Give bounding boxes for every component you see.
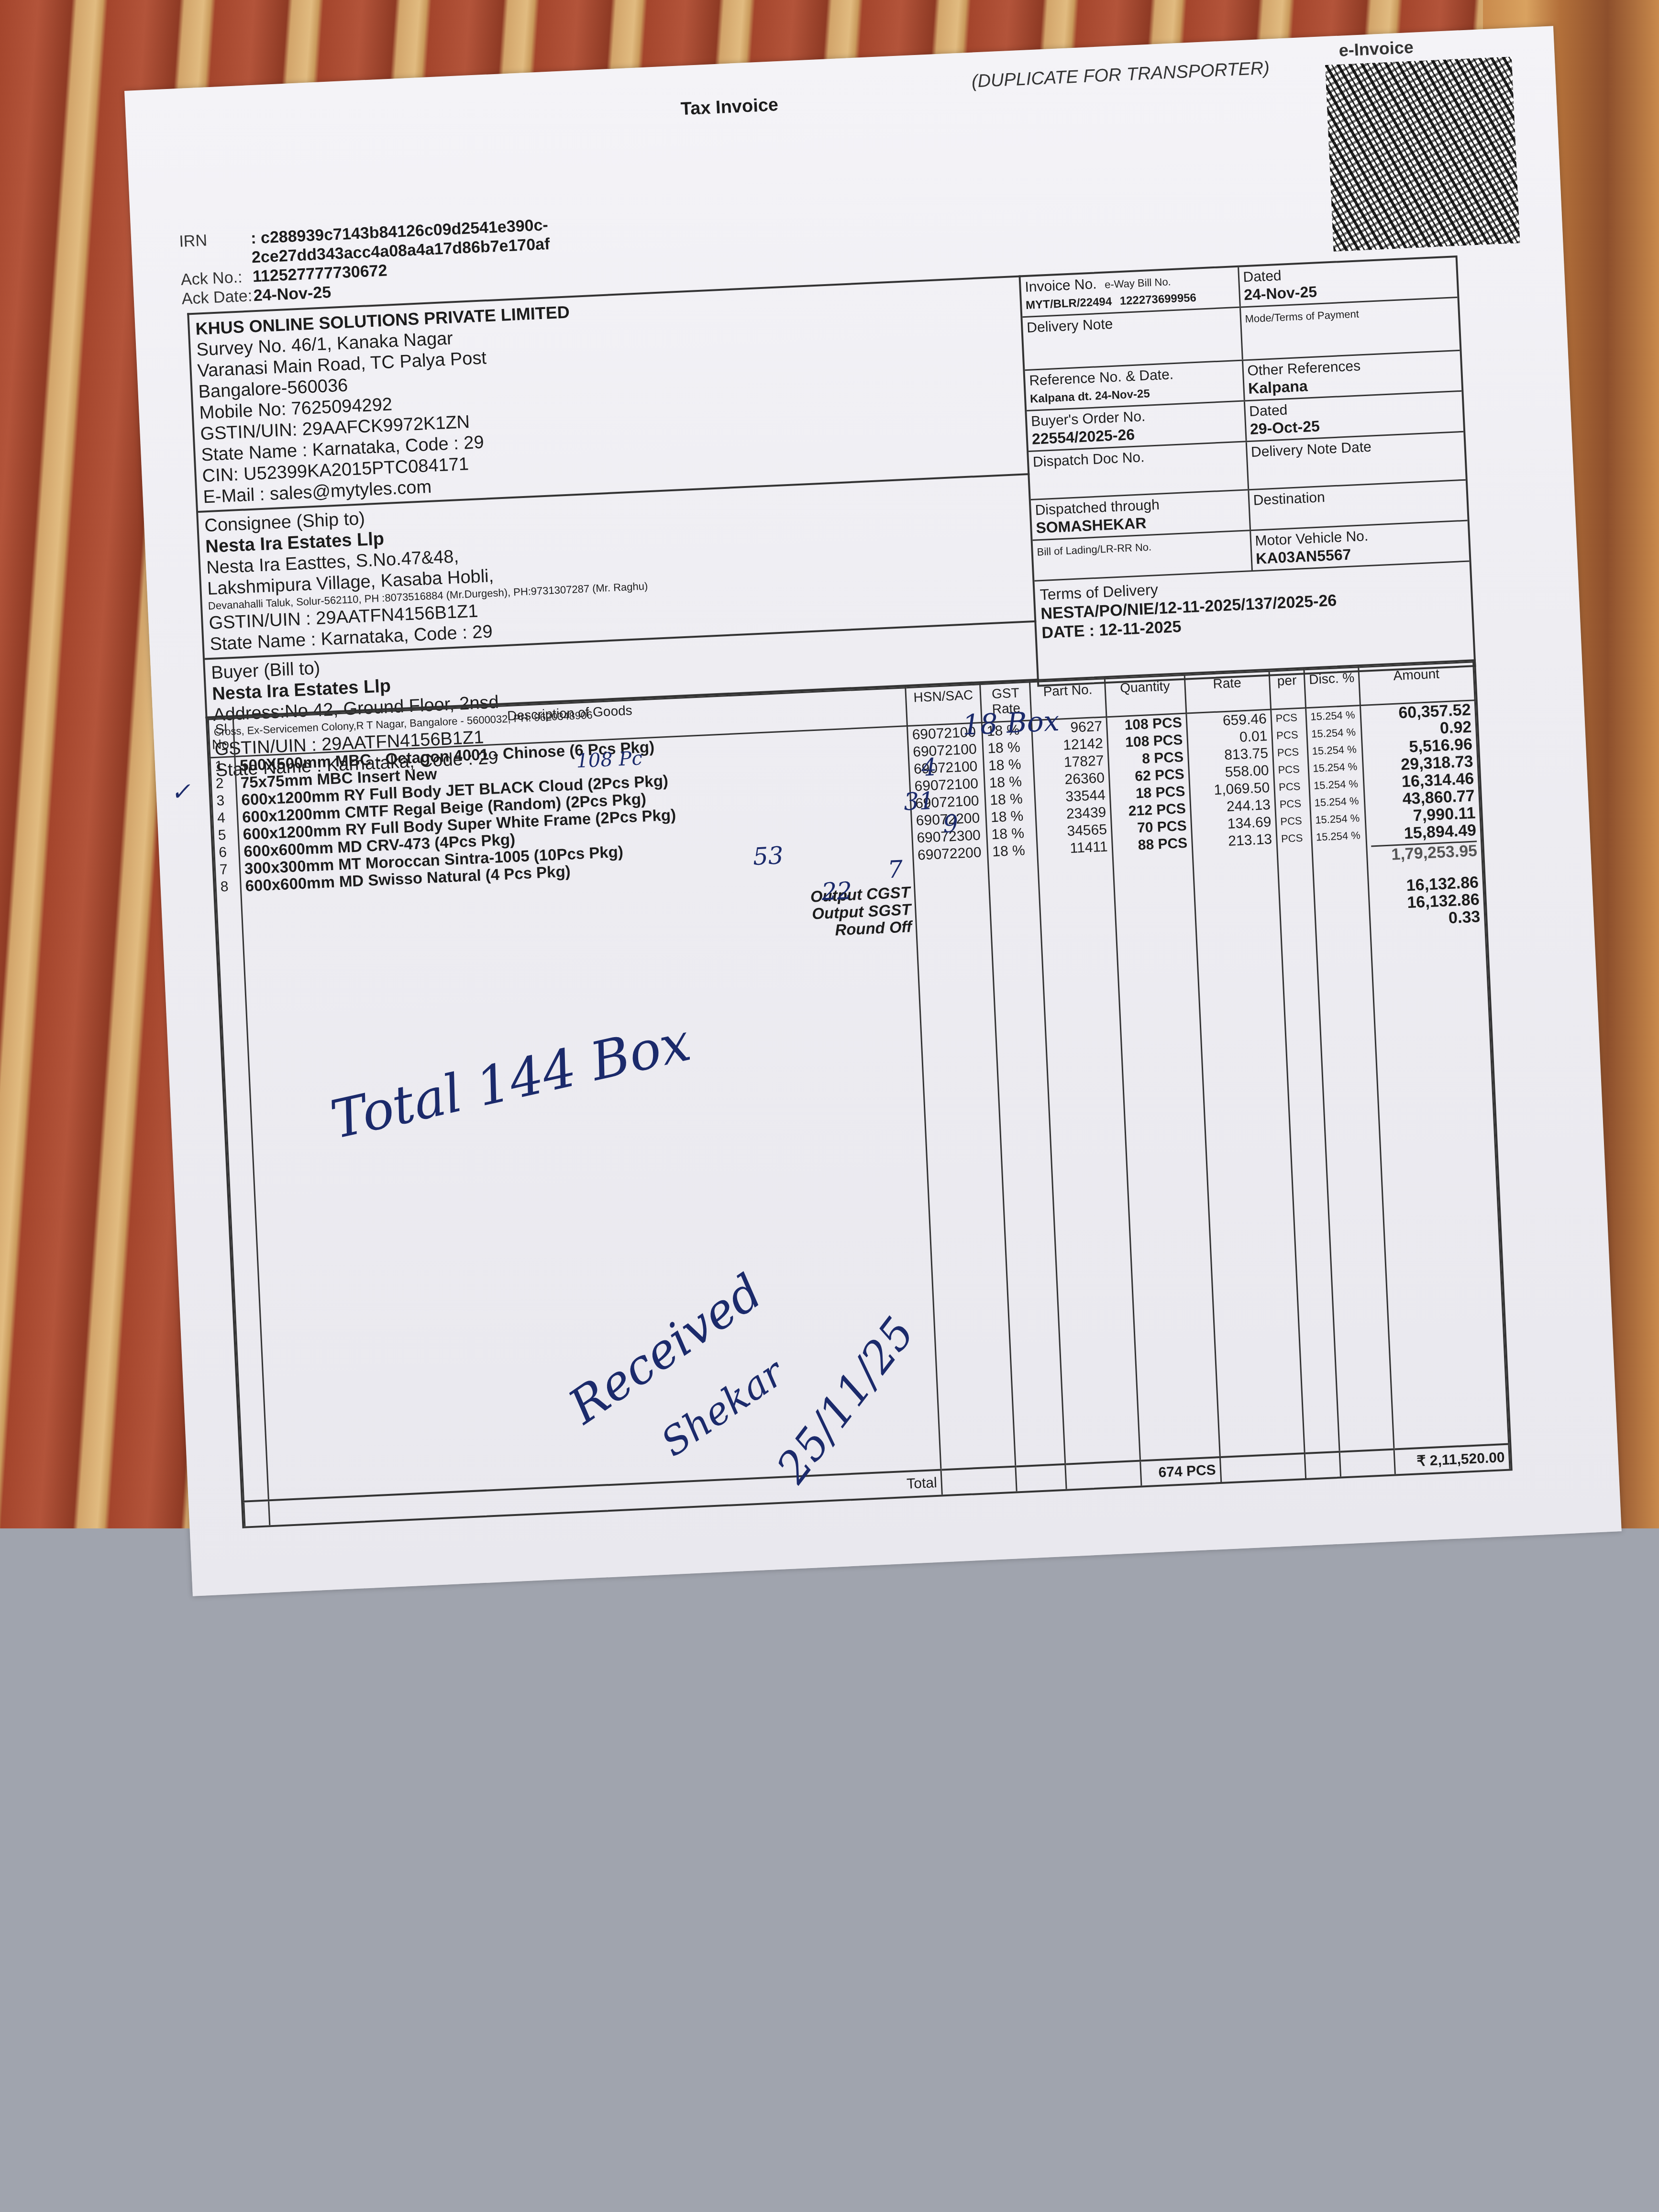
- eway-label: e-Way Bill No.: [1105, 276, 1172, 290]
- item-sl: 3: [216, 792, 233, 809]
- item-per: PCS: [1278, 778, 1305, 796]
- item-disc: 15.254 %: [1310, 707, 1357, 726]
- dispatched-through-value: SOMASHEKAR: [1036, 514, 1147, 536]
- item-per: PCS: [1280, 812, 1307, 830]
- item-gst: 18 %: [992, 841, 1034, 861]
- item-per: PCS: [1281, 829, 1307, 847]
- irn-label: IRN: [179, 229, 252, 251]
- delivery-note-date-label: Delivery Note Date: [1250, 439, 1371, 460]
- total-amount: ₹ 2,11,520.00: [1394, 1444, 1510, 1474]
- handwritten-note-item-4: 31: [903, 787, 935, 816]
- item-qty: 88 PCS: [1117, 835, 1188, 855]
- handwritten-note-item-5: 9: [942, 810, 959, 838]
- item-gst: 18 %: [989, 773, 1030, 792]
- item-sl: 6: [219, 843, 235, 861]
- handwritten-note-item-6: 53: [752, 841, 784, 871]
- item-part: 17827: [1038, 752, 1104, 773]
- handwritten-note-item-3: 4: [921, 753, 937, 781]
- total-quantity: 674 PCS: [1140, 1457, 1221, 1486]
- invoice-sheet: Tax Invoice (DUPLICATE FOR TRANSPORTER) …: [124, 26, 1622, 1596]
- item-gst: 18 %: [988, 756, 1029, 775]
- item-hsn: 69072200: [917, 844, 984, 864]
- dated-label: Dated: [1243, 268, 1282, 286]
- handwritten-note-item-2: 108 Pc: [576, 747, 643, 772]
- copy-label: (DUPLICATE FOR TRANSPORTER): [971, 58, 1270, 92]
- item-disc: 15.254 %: [1315, 809, 1361, 829]
- qr-code-icon: [1325, 56, 1520, 251]
- item-sl: 7: [219, 861, 236, 878]
- other-ref-label: Other References: [1247, 358, 1361, 379]
- item-sl: 1: [214, 757, 231, 775]
- item-gst: 18 %: [990, 807, 1032, 827]
- item-disc: 15.254 %: [1312, 741, 1358, 760]
- invoice-no-label: Invoice No.: [1025, 276, 1097, 295]
- item-part: 26360: [1039, 770, 1105, 790]
- col-qty: Quantity: [1105, 675, 1186, 717]
- item-gst: 18 %: [987, 739, 1029, 758]
- reference-label: Reference No. & Date.: [1029, 366, 1174, 389]
- item-part: 23439: [1040, 804, 1106, 824]
- item-disc: 15.254 %: [1316, 827, 1362, 846]
- vehicle-label: Motor Vehicle No.: [1255, 528, 1369, 549]
- ack-date-label: Ack Date:: [181, 286, 254, 309]
- col-sl: Sl No.: [208, 719, 235, 758]
- item-per: PCS: [1275, 709, 1302, 727]
- eway-no: 122273699956: [1119, 291, 1196, 308]
- payment-terms-label: Mode/Terms of Payment: [1245, 308, 1359, 325]
- invoice-meta: Invoice No. e-Way Bill No.MYT/BLR/22494 …: [1018, 255, 1476, 687]
- item-sl: 8: [220, 878, 237, 896]
- einvoice-label: e-Invoice: [1338, 37, 1414, 61]
- party-block: KHUS ONLINE SOLUTIONS PRIVATE LIMITED Su…: [187, 275, 1039, 718]
- item-part: 12142: [1037, 735, 1104, 755]
- col-rate: Rate: [1184, 671, 1271, 713]
- item-disc: 15.254 %: [1314, 792, 1360, 811]
- handwritten-note-item-1: 18 Box: [962, 705, 1060, 741]
- destination-label: Destination: [1253, 489, 1325, 509]
- ack-no-label: Ack No.:: [180, 267, 253, 289]
- check-mark-icon: ✓: [170, 777, 191, 806]
- col-amount: Amount: [1359, 662, 1475, 706]
- col-disc: Disc. %: [1304, 667, 1360, 708]
- item-sl: 5: [218, 826, 234, 844]
- item-sl: 2: [215, 774, 232, 792]
- item-rate: 213.13: [1196, 831, 1272, 852]
- item-gst: 18 %: [990, 790, 1031, 809]
- blank-area: [0, 1528, 1659, 2212]
- invoice-title: Tax Invoice: [680, 95, 779, 120]
- ack-date: 24-Nov-25: [253, 283, 332, 305]
- item-gst: 18 %: [991, 825, 1033, 844]
- invoice-no: MYT/BLR/22494: [1026, 295, 1112, 312]
- invoice-date: 24-Nov-25: [1243, 283, 1317, 303]
- buyer-order-value: 22554/2025-26: [1031, 426, 1135, 448]
- item-per: PCS: [1278, 761, 1305, 779]
- item-part: 34565: [1041, 821, 1107, 841]
- handwritten-note-item-7: 7: [887, 855, 903, 884]
- delivery-note-label: Delivery Note: [1027, 316, 1113, 336]
- subtotal: 1,79,253.95: [1371, 841, 1477, 864]
- reference-value: Kalpana dt. 24-Nov-25: [1030, 387, 1150, 405]
- lading-label: Bill of Lading/LR-RR No.: [1037, 541, 1152, 558]
- item-per: PCS: [1279, 795, 1306, 813]
- item-per: PCS: [1277, 743, 1304, 762]
- item-disc: 15.254 %: [1313, 758, 1359, 777]
- item-part: 33544: [1040, 787, 1106, 807]
- irn-block: IRN: c288939c7143b84126c09d2541e390c- 2c…: [179, 215, 552, 309]
- other-ref-value: Kalpana: [1248, 377, 1308, 397]
- handwritten-note-item-8: 22: [821, 877, 852, 906]
- item-per: PCS: [1276, 726, 1303, 744]
- order-dated-value: 29-Oct-25: [1250, 417, 1320, 438]
- vehicle-value: KA03AN5567: [1255, 546, 1351, 567]
- item-disc: 15.254 %: [1313, 775, 1360, 794]
- col-per: per: [1269, 670, 1305, 709]
- dispatch-doc-label: Dispatch Doc No.: [1032, 449, 1145, 470]
- item-part: 11411: [1042, 838, 1108, 858]
- order-dated-label: Dated: [1249, 402, 1288, 420]
- item-disc: 15.254 %: [1311, 724, 1357, 743]
- item-sl: 4: [217, 809, 233, 827]
